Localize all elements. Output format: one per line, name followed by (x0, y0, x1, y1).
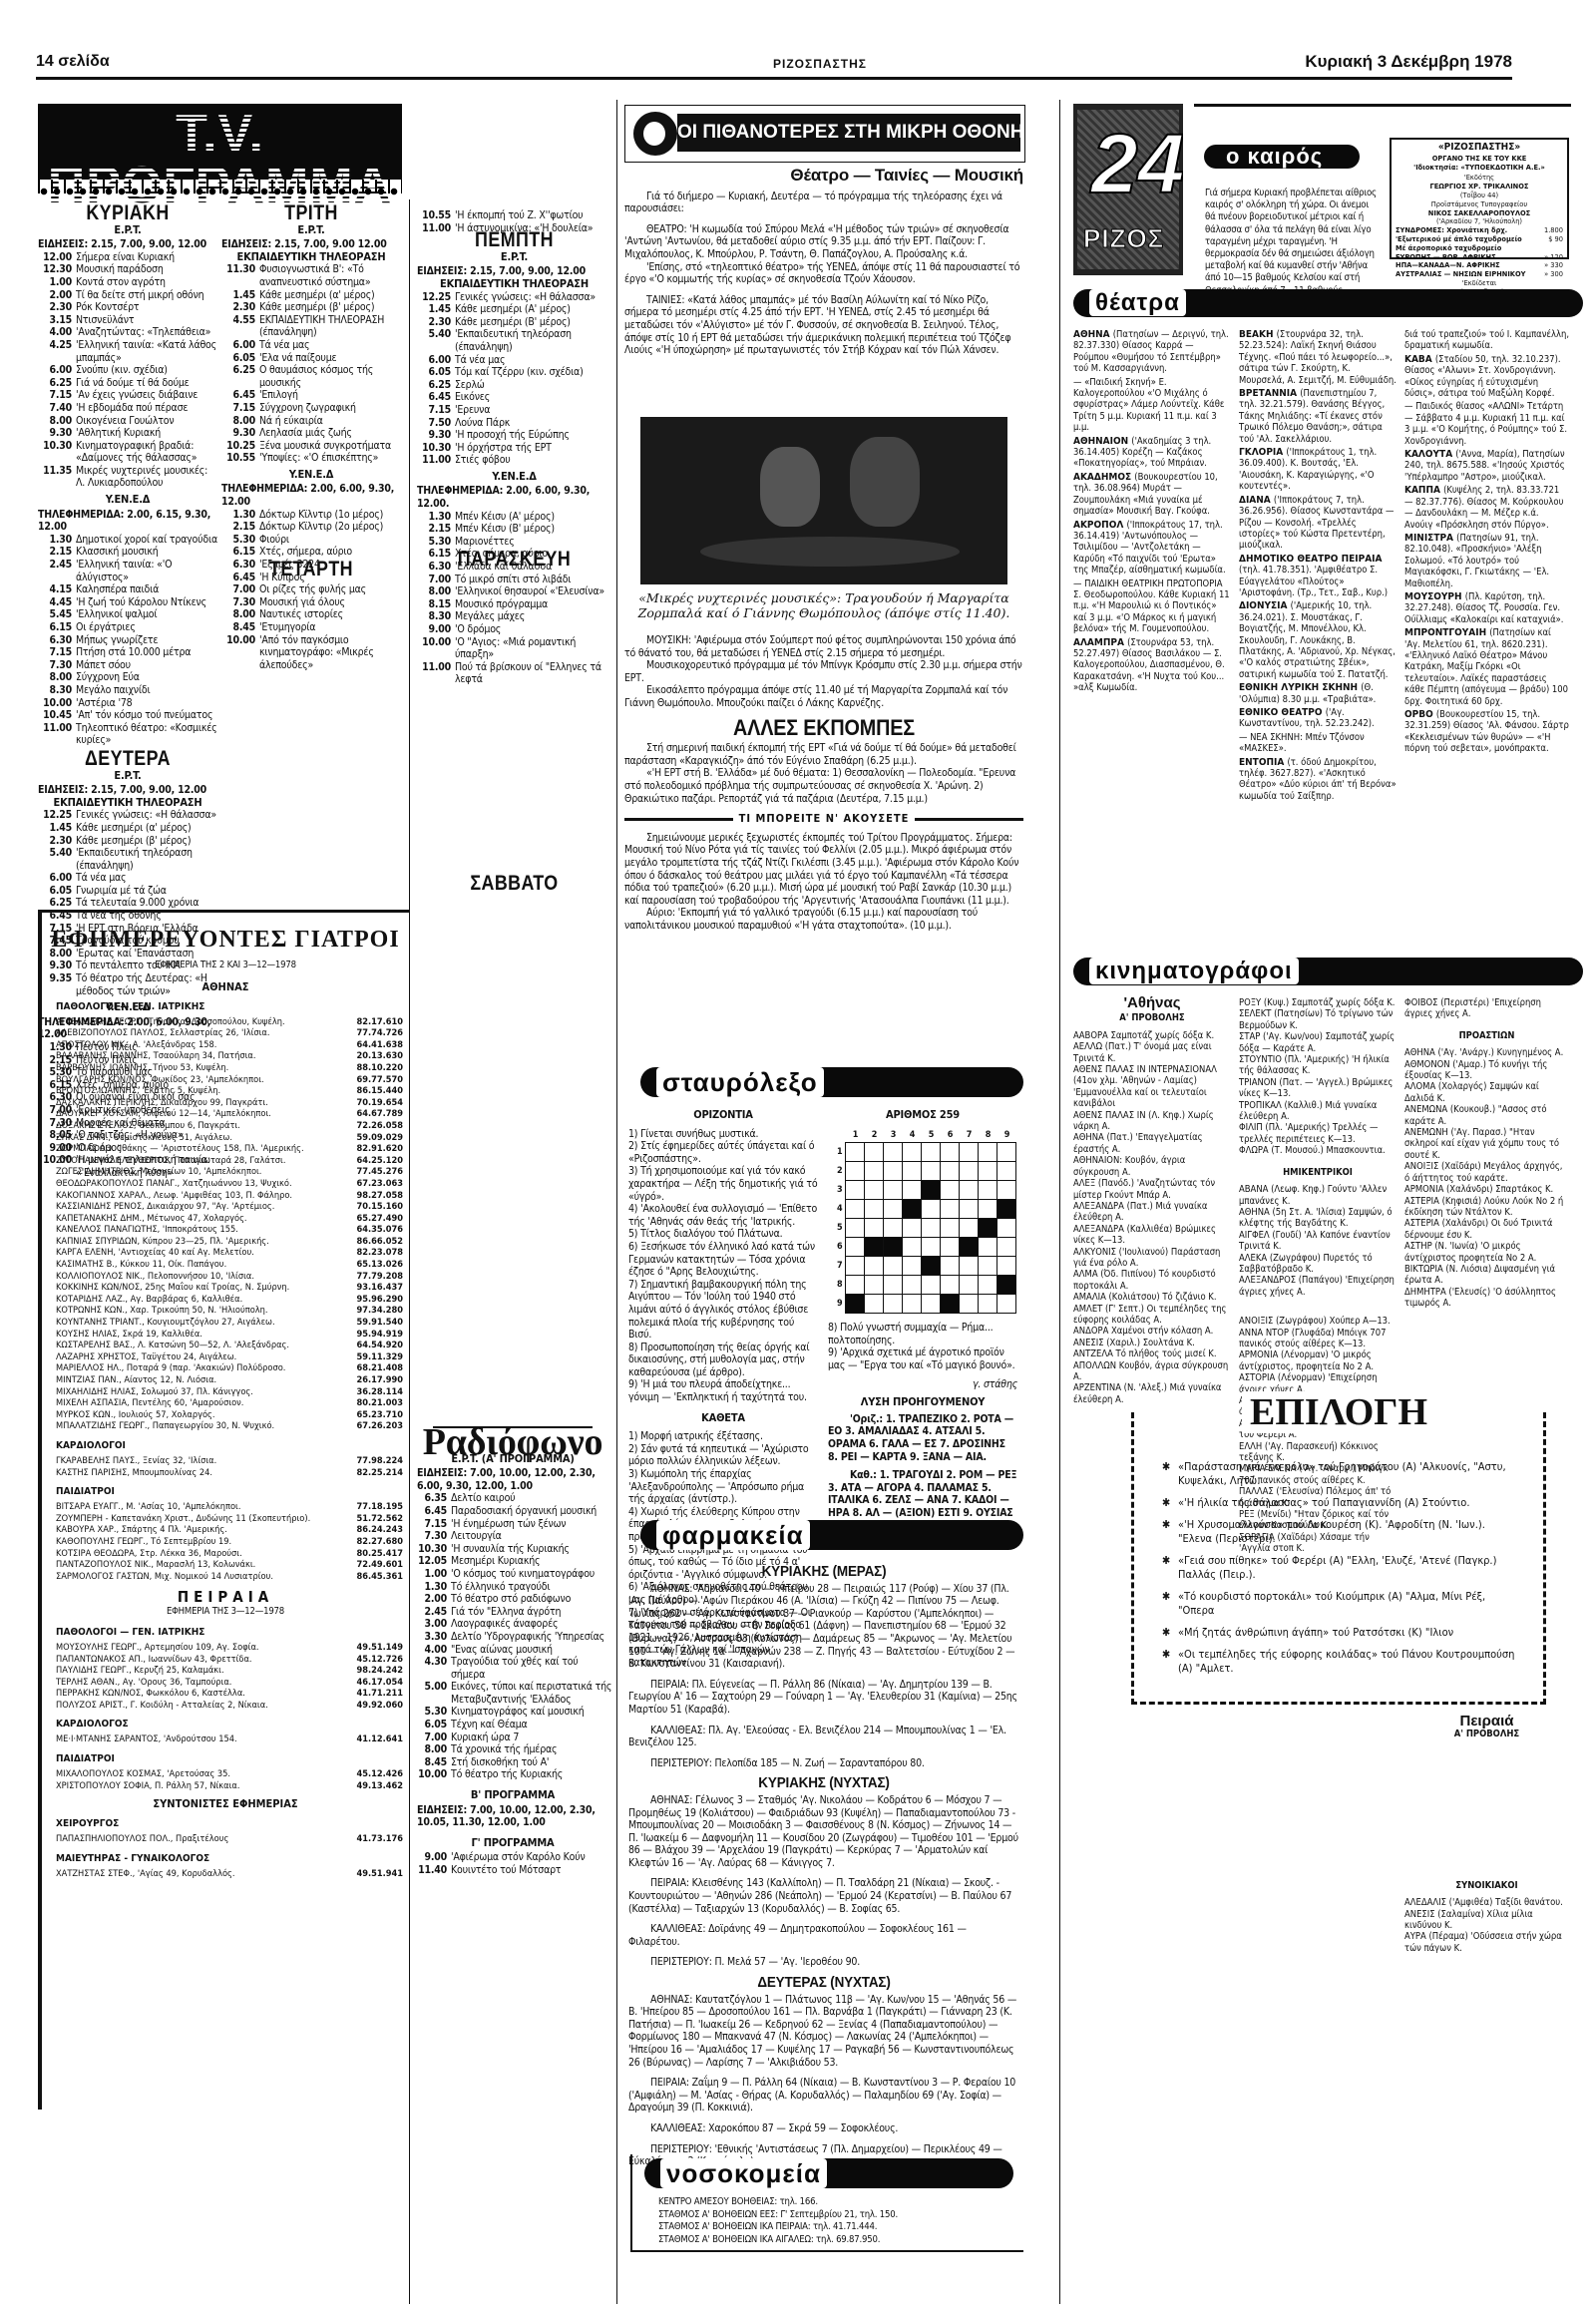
theatre-entry: ΜΟΥΣΟΥΡΗ (Πλ. Καρύτση, τηλ. 32.27.248). … (1404, 591, 1569, 625)
grid-cell[interactable] (922, 1276, 941, 1295)
grid-cell[interactable] (846, 1276, 865, 1295)
program-row: 11.00Πού τά βρίσκουν οί "Ελληνες τά λεφτ… (417, 661, 611, 686)
program-time: 1.45 (38, 822, 76, 835)
program-time: 2.45 (38, 559, 76, 583)
program-row: 5.45'Ελληνικοί ψαλμοί (38, 608, 217, 621)
program-row: 6.25Τά τελευταία 9.000 χρόνια (38, 897, 217, 910)
doctor-name-address: ΠΕΡΡΑΚΗΣ ΚΩΝ/ΝΟΣ, Φωκκόλου 6, Καστέλλα. (56, 1688, 341, 1700)
grid-cell[interactable] (997, 1257, 1016, 1276)
subscription-price: $ 90 (1548, 235, 1563, 244)
doctor-phone: 82.91.620 (341, 1143, 403, 1155)
program-name: Μικρές νυχτερινές μουσικές: Λ. Λυκιαρδοπ… (76, 465, 217, 490)
grid-black-cell (941, 1295, 960, 1314)
doctor-phone: 77.98.224 (341, 1455, 403, 1467)
program-name: Νά ή εύκαιρία (259, 415, 401, 428)
grid-cell[interactable] (922, 1200, 941, 1219)
grid-cell[interactable] (903, 1257, 922, 1276)
program-time: 3.30 (413, 1631, 451, 1644)
program-name: Τί θα δείτε στή μικρή οθόνη (76, 289, 217, 302)
grid-cell[interactable] (997, 1181, 1016, 1200)
listen-p2: Αύριο: 'Εκπομπή γιά τό γαλλικό τραγούδι … (624, 907, 1023, 932)
doctor-name-address: ΠΑΠΑΣΠΗΛΙΟΠΟΥΛΟΣ ΠΟΛ., Πραξιτέλους (56, 1833, 341, 1845)
program-time: 5.30 (413, 1706, 451, 1719)
grid-cell[interactable] (922, 1219, 941, 1238)
grid-cell[interactable] (865, 1143, 884, 1162)
cinemas-column-1: 'Αθήνας Α' ΠΡΟΒΟΛΗΣ ΑΑΒΟΡΑ Σαμποτάζ χωρί… (1073, 997, 1231, 1405)
doctor-name-address: ΠΟΛΥΖΟΣ ΑΡΙΣΤ., Γ. Κοιδύλη - Ατταλείας 2… (56, 1700, 341, 1712)
program-time: 7.50 (417, 417, 455, 430)
grid-cell[interactable] (941, 1276, 960, 1295)
program-row: 6.45Εικόνες (417, 391, 611, 404)
theatre-entry: — Παιδικός θίασος «ΑΛΩΝΙ» Τετάρτη — Σάββ… (1404, 401, 1569, 447)
grid-cell[interactable] (997, 1238, 1016, 1257)
theatre-entry: ΚΑΛΟΥΤΑ ('Αννα, Μαρία), Πατησίων 240, τη… (1404, 449, 1569, 483)
grid-cell[interactable] (903, 1219, 922, 1238)
grid-cell[interactable] (903, 1276, 922, 1295)
grid-cell[interactable] (865, 1276, 884, 1295)
program-name: Μήπως γνωρίζετε (76, 634, 217, 647)
cinemas-title: κινηματογράφοι (1089, 958, 1299, 984)
grid-cell[interactable] (941, 1181, 960, 1200)
selection-box: ΕΠΙΛΟΓΗ ✱«Παράσταση γιά ένα ρόλο» τού Γρ… (1131, 1412, 1546, 1705)
grid-cell[interactable] (846, 1181, 865, 1200)
program-time: 8.30 (38, 684, 76, 697)
program-name: 'Αστέρια '78 (76, 697, 217, 710)
program-row: 9.00'Ο δρόμος (417, 623, 611, 636)
feature-logo-text: ΟΙ ΠΙΘΑΝΟΤΕΡΕΣ ΣΤΗ ΜΙΚΡΗ ΟΘΟΝΗ (677, 114, 1020, 152)
theatre-entry: — «Παιδική Σκηνή» Ε. Καλογεροπούλου «'Ο … (1073, 377, 1231, 434)
grid-row-number: 8 (836, 1276, 846, 1295)
program-time: 8.15 (417, 598, 455, 611)
program-name: Ρόκ Κοντσέρτ (76, 301, 217, 314)
doctor-name-address: ΔΑΣΚΑΛΑΚΗΣ ΠΕΡΙΚΛΗΣ, Δικαιάρχου 99, Παγκ… (56, 1097, 341, 1109)
program-name: Τέχνη καί Θέαμα (451, 1719, 612, 1732)
doctor-row: ΚΟΚΚΙΝΗΣ ΚΩΝ/ΝΟΣ, 25ης Μαΐου καί Τροίας,… (56, 1282, 403, 1294)
doctor-row: ΚΟΛΛΙΟΠΟΥΛΟΣ ΝΙΚ., Πελοποννήσου 10, 'Ιλί… (56, 1271, 403, 1283)
program-name: Τραγούδια τού χθές καί τού σήμερα (451, 1656, 612, 1681)
program-row: 8.30Μεγάλες μάχες (417, 610, 611, 623)
doctor-name-address: ΜΙΧΑΛΟΠΟΥΛΟΣ ΚΟΣΜΑΣ, 'Αρετούσας 35. (56, 1768, 341, 1780)
grid-cell[interactable] (865, 1162, 884, 1181)
program-name: 'Ελληνικοί θησαυροί «'Ελευσίνα» (455, 585, 611, 598)
program-row: 6.15Οι έργάτριες (38, 621, 217, 634)
cinema-entry: ΑΛΚΥΟΝΙΣ ('Ιουλιανού) Παράσταση γιά ένα … (1073, 1247, 1231, 1270)
cinema-entry: ΑΝΤΖΕΛΑ Τό πλήθος τούς μισεί Κ. (1073, 1348, 1231, 1359)
program-time: 6.15 (38, 621, 76, 634)
hospitals-list: ΚΕΝΤΡΟ ΑΜΕΣΟΥ ΒΟΗΘΕΙΑΣ: τηλ. 166.ΣΤΑΘΜΟΣ… (632, 2188, 1023, 2246)
theatre-entry: — ΝΕΑ ΣΚΗΝΗ: Μπέν Τζόνσον «ΜΑΣΚΕΣ». (1239, 732, 1396, 755)
grid-cell[interactable] (922, 1295, 941, 1314)
doctor-name-address: ΚΑΠΕΤΑΝΑΚΗΣ ΔΗΜ., Μέτωνος 47, Χολαργός. (56, 1213, 341, 1225)
doctor-name-address: ΚΑΚΟΓΙΑΝΝΟΣ ΧΑΡΑΛ., Λεωφ. 'Αμφιθέας 103,… (56, 1190, 341, 1202)
grid-cell[interactable] (941, 1257, 960, 1276)
doctor-phone: 64.35.076 (341, 1224, 403, 1236)
program-time: 8.00 (38, 671, 76, 684)
program-name: 'Αθλητική Κυριακή (76, 427, 217, 440)
photo-caption: «Μικρές νυχτερινές μουσικές»: Τραγουδούν… (628, 590, 1019, 620)
grid-cell[interactable] (960, 1181, 979, 1200)
doctor-phone: 26.17.990 (341, 1374, 403, 1386)
program-name: Εικόνες (455, 391, 611, 404)
news-times: ΤΗΛΕΦΗΜΕΡΙΔΑ: 2.00, 6.00, 9.30, 12.00 (221, 483, 401, 508)
grid-cell[interactable] (846, 1143, 865, 1162)
grid-cell[interactable] (884, 1181, 903, 1200)
radio-news-times: ΕΙΔΗΣΕΙΣ: 7.00, 10.00, 12.00, 2.30, 6.00… (413, 1467, 612, 1492)
program-name: Τό θέατρο στό ραδιόφωνο (451, 1593, 612, 1606)
program-time: 9.00 (417, 623, 455, 636)
grid-cell[interactable] (884, 1143, 903, 1162)
program-time: 6.05 (221, 352, 259, 365)
doctor-phone: 86.45.361 (341, 1571, 403, 1583)
program-name: Ξένα μουσικά συγκροτήματα (259, 440, 401, 453)
hospital-line: ΣΤΑΘΜΟΣ Α' ΒΟΗΘΕΙΩΝ ΙΚΑ ΑΙΓΑΛΕΩ: τηλ. 69… (658, 2234, 1023, 2247)
program-row: 8.45Στή δισκοθήκη τού Α' (413, 1756, 612, 1769)
program-row: 8.00Ναυτικές ιστορίες (221, 608, 401, 621)
grid-cell[interactable] (884, 1200, 903, 1219)
grid-col-number: 2 (865, 1128, 884, 1143)
pharmacy-entry: ΑΘΗΝΑΣ: Καυτατζόγλου 1 — Πλάτωνος 11β — … (628, 1994, 1019, 2070)
news-times: ΤΗΛΕΦΗΜΕΡΙΔΑ: 2.00, 6.00, 9.30, 12.00. (417, 485, 611, 510)
page-number: 14 σελίδα (36, 53, 110, 71)
grid-cell[interactable] (903, 1162, 922, 1181)
theatre-name: ΒΡΕΤΑΝΝΙΑ (1239, 388, 1300, 399)
across-clue: 9) 'Η μιά του πλευρά άποδείχτηκε... γόνι… (628, 1378, 818, 1403)
doctor-row: ΜΙΝΤΖΙΑΣ ΠΑΝ., Αίαντος 12, Ν. Λιόσια.26.… (56, 1374, 403, 1386)
grid-cell[interactable] (846, 1257, 865, 1276)
program-time: 1.45 (221, 289, 259, 302)
grid-cell[interactable] (884, 1257, 903, 1276)
doctor-name-address: ΑΠΟΣΤΟΛΟΥ ΝΙΚ., Λ. 'Αλεξάνδρας 158. (56, 1039, 341, 1051)
neighborhood-label: ΣΥΝΟΙΚΙΑΚΟΙ (1404, 1880, 1569, 1891)
program-time: 2.30 (38, 835, 76, 848)
second-run-list: ΑΒΑΝΑ (Λεωφ. Κηφ.) Γούντυ 'Αλλεν μπανάνε… (1239, 1184, 1396, 1298)
doctor-phone: 41.12.641 (341, 1733, 403, 1745)
hospital-line: ΚΕΝΤΡΟ ΑΜΕΣΟΥ ΒΟΗΘΕΙΑΣ: τηλ. 166. (658, 2196, 1023, 2209)
program-row: 1.30Δημοτικοί χοροί καί τραγούδια (38, 534, 217, 547)
doctor-name-address: ΧΡΙΣΤΟΠΟΥΛΟΥ ΣΟΦΙΑ, Π. Ράλλη 57, Νίκαια. (56, 1780, 341, 1792)
program-row: 7.30Μουσική γιά όλους (221, 596, 401, 609)
piraeus-first-run-label: Α' ΠΡΟΒΟΛΗΣ (1404, 1729, 1569, 1739)
doctor-row: ΠΕΡΡΑΚΗΣ ΚΩΝ/ΝΟΣ, Φωκκόλου 6, Καστέλλα.4… (56, 1688, 403, 1700)
grid-cell[interactable] (884, 1162, 903, 1181)
program-name: Κουιντέτο τού Μότσαρτ (451, 1864, 612, 1877)
grid-cell[interactable] (903, 1295, 922, 1314)
grid-cell[interactable] (846, 1238, 865, 1257)
theatre-details: διά τού τραπεζιού» τού Ι. Καμπανέλλη, δρ… (1404, 329, 1569, 351)
grid-cell[interactable] (846, 1219, 865, 1238)
doctor-name-address: ΖΩΓΕΣ ΔΗΜΗΤΡΙΟΣ, Μεσογείων 10, 'Αμπελόκη… (56, 1166, 341, 1178)
program-row: 6.25Ο θαυμάσιος κόσμος τής μουσικής (221, 364, 401, 389)
grid-cell[interactable] (884, 1276, 903, 1295)
grid-cell[interactable] (960, 1276, 979, 1295)
doctor-phone: 65.23.710 (341, 1409, 403, 1421)
selection-list: ✱«Παράσταση γιά ένα ρόλο» τού Γρηγοράτου… (1134, 1412, 1543, 1676)
music-feature: ΜΟΥΣΙΚΗ: 'Αφιέρωμα στόν Σούμπερτ πού φέτ… (624, 634, 1023, 932)
weather-top-rule (1194, 104, 1571, 107)
doctor-row: ΠΑΝΤΑΖΟΠΟΥΛΟΣ ΝΙΚ., Μαρασλή 13, Κολωνάκι… (56, 1559, 403, 1571)
grid-cell[interactable] (979, 1143, 997, 1162)
grid-cell[interactable] (979, 1200, 997, 1219)
program-name: 'Αφιέρωμα στόν Καρόλο Κούν (451, 1851, 612, 1864)
across-clue: 6) Ξεσήκωσε τόν έλληνικό λαό κατά τών Γε… (628, 1241, 818, 1279)
weather-text: Γιά σήμερα Κυριακή προβλέπεται αίθριος κ… (1205, 188, 1377, 297)
cinema-entry: ΑΕΛΛΩ (Πατ.) Τ' όνομά μας είναι Τρινιτά … (1073, 1041, 1231, 1064)
grid-cell[interactable] (903, 1238, 922, 1257)
grid-cell[interactable] (922, 1238, 941, 1257)
doctor-row: ΚΑΣΙΜΑΤΗΣ Β., Κύκκου 11, Οίκ. Παπάγου.65… (56, 1259, 403, 1271)
grid-cell[interactable] (884, 1295, 903, 1314)
channel-subheading: ΕΚΠΑΙΔΕΥΤΙΚΗ ΤΗΛΕΟΡΑΣΗ (38, 797, 217, 810)
grid-cell[interactable] (846, 1162, 865, 1181)
program-row: 10.55'Υποψίες: «'Ο έπισκέπτης» (221, 452, 401, 465)
doctor-row: ΚΟΥΝΤΑΝΗΣ ΤΡΙΑΝΤ., Κουγιουμτζόγλου 27, Α… (56, 1317, 403, 1329)
program-time: 6.05 (417, 366, 455, 379)
program-name: Παραδοσιακή όργανική μουσική (451, 1505, 612, 1518)
program-time: 2.15 (38, 546, 76, 559)
grid-cell[interactable] (997, 1162, 1016, 1181)
program-time: 2.00 (413, 1593, 451, 1606)
doctor-name-address: ΒΙΤΣΑΡΑ ΕΥΑΓΓ., Μ. 'Ασίας 10, 'Αμπελόκηπ… (56, 1501, 341, 1513)
program-name: Σύγχρονη Εύα (76, 671, 217, 684)
across-clue: 1) Γίνεται συνήθως μυστικά. (628, 1128, 818, 1141)
feature-subtitle: Θέατρο — Ταινίες — Μουσική (624, 170, 1023, 183)
doctor-name-address: ΚΟΚΚΙΝΗΣ ΚΩΝ/ΝΟΣ, 25ης Μαΐου καί Τροίας,… (56, 1282, 341, 1294)
selection-item: ✱«Τό κουρδιστό πορτοκάλι» τού Κιούμπρικ … (1154, 1590, 1519, 1618)
grid-cell[interactable] (960, 1143, 979, 1162)
doctor-phone: 67.23.063 (341, 1178, 403, 1190)
program-time: 8.00 (221, 608, 259, 621)
cinema-entry: ΑΣΤΗΡ (Ν. 'Ιωνία) 'Ο μικρός άντίχριστος … (1404, 1241, 1569, 1264)
program-name: Φιούρι (259, 534, 401, 547)
grid-black-cell (997, 1276, 1016, 1295)
program-row: 3.00Λαογραφικές άναφορές (413, 1618, 612, 1631)
program-time: 7.40 (38, 402, 76, 415)
program-name: Μεσημέρι Κυριακής (451, 1555, 612, 1568)
program-name: 'Η όρχήστρα τής ΕΡΤ (455, 442, 611, 455)
program-name: 'Αναζητώντας: «Τηλεπάθεια» (76, 326, 217, 339)
grid-cell[interactable] (979, 1162, 997, 1181)
doctor-name-address: ΚΩΣΤΑΡΕΛΗΣ ΒΑΣ., Λ. Κατσώνη 50—52, Λ. 'Α… (56, 1340, 341, 1351)
theatre-entry: ΑΚΡΟΠΟΛ ('Ιπποκράτους 17, τηλ. 36.14.419… (1073, 520, 1231, 577)
day-heading: ΔΕΥΤΕΡΑ (52, 753, 204, 766)
theatre-entry: ΟΡΒΟ (Βουκουρεστίου 15, τηλ. 32.31.259) … (1404, 709, 1569, 755)
program-time: 7.15 (38, 646, 76, 659)
doctor-row: ΚΑΝΕΛΛΟΣ ΠΑΝΑΓΙΩΤΗΣ, 'Ιπποκράτους 155.64… (56, 1224, 403, 1236)
grid-cell[interactable] (960, 1162, 979, 1181)
grid-cell[interactable] (865, 1181, 884, 1200)
grid-cell[interactable] (997, 1219, 1016, 1238)
doctor-name-address: ΜΙΝΤΖΙΑΣ ΠΑΝ., Αίαντος 12, Ν. Λιόσια. (56, 1374, 341, 1386)
program-time: 8.00 (38, 415, 76, 428)
masthead: 14 σελίδα ΡΙΖΟΣΠΑΣΤΗΣ Κυριακή 3 Δεκέμβρη… (36, 55, 1512, 80)
program-time: 10.30 (417, 442, 455, 455)
grid-cell[interactable] (941, 1162, 960, 1181)
day-heading: ΚΥΡΙΑΚΗ (52, 207, 204, 220)
program-name: Κάθε μεσημέρι (β' μέρος) (76, 835, 217, 848)
program-name: Λούνα Πάρκ (455, 417, 611, 430)
channel-name: Y.EN.E.Δ (38, 494, 217, 507)
grid-col-number: 4 (903, 1128, 922, 1143)
grid-cell[interactable] (865, 1200, 884, 1219)
listen-p1: Σημειώνουμε μερικές ξεχωριστές έκπομπές … (624, 832, 1023, 908)
doctor-phone: 70.19.654 (341, 1097, 403, 1109)
program-row: 12.30Μουσική παράδοση (38, 263, 217, 276)
program-row: 7.40'Η εβδομάδα πού πέρασε (38, 402, 217, 415)
program-row: 8.00Νά ή εύκαιρία (221, 415, 401, 428)
theatre-entry: ΚΑΠΠΑ (Κυψέλης 2, τηλ. 83.33.721 — 82.37… (1404, 485, 1569, 531)
grid-cell[interactable] (979, 1257, 997, 1276)
pharmacy-entry: ΑΘΗΝΑΣ: Γέλωνος 3 — Σταθμός 'Αγ. Νικολάο… (628, 1794, 1019, 1870)
grid-cell[interactable] (979, 1276, 997, 1295)
program-time: 10.30 (413, 1543, 451, 1556)
grid-cell[interactable] (979, 1295, 997, 1314)
crossword-author: γ. στάθης (828, 1378, 1017, 1391)
program-name: Τά νέα μας (455, 354, 611, 367)
day-heading: ΤΕΤΑΡΤΗ (235, 564, 388, 577)
grid-cell[interactable] (979, 1238, 997, 1257)
grid-cell[interactable] (997, 1143, 1016, 1162)
program-name: Γιά νά δούμε τί θά δούμε (76, 377, 217, 390)
theatre-name: ΑΚΡΟΠΟΛ (1073, 520, 1126, 531)
neighborhood-list: ΑΛΕΔΑΛΙΣ ('Αμφιθέα) Ταξίδι θανάτου.ΑΝΕΣΙ… (1404, 1897, 1569, 1954)
doctor-phone: 20.13.630 (341, 1050, 403, 1062)
program-row: 4.45'Η ζωή τού Κάρολου Ντίκενς (38, 596, 217, 609)
grid-cell[interactable] (941, 1219, 960, 1238)
star-icon: ✱ (1154, 1518, 1178, 1546)
doctor-phone: 77.45.276 (341, 1166, 403, 1178)
program-name: 'Ελληνική ταινία: «'Ο άλύγιστος» (76, 559, 217, 583)
singers-photo (640, 417, 1007, 584)
crossword-grid[interactable]: 123456789123456789 (836, 1128, 1016, 1315)
program-name: Τά χρονικά τής ήμέρας (451, 1743, 612, 1756)
program-time: 11.40 (413, 1864, 451, 1877)
doctor-name-address: ΚΟΛΛΙΟΠΟΥΛΟΣ ΝΙΚ., Πελοποννήσου 10, 'Ιλί… (56, 1271, 341, 1283)
grid-cell[interactable] (960, 1200, 979, 1219)
doctor-phone: 82.23.078 (341, 1247, 403, 1259)
column-rule (409, 199, 410, 2304)
grid-row-number: 5 (836, 1219, 846, 1238)
grid-col-number: 9 (997, 1128, 1016, 1143)
program-row: 6.25Σερλώ (417, 379, 611, 392)
doctor-row: ΜΙΧΑΛΟΠΟΥΛΟΣ ΚΟΣΜΑΣ, 'Αρετούσας 35.45.12… (56, 1768, 403, 1780)
program-time: 6.25 (38, 377, 76, 390)
doctor-phone: 49.92.060 (341, 1700, 403, 1712)
grid-cell[interactable] (960, 1257, 979, 1276)
section-ped: ΠΑΙΔΙΑΤΡΟΙ (56, 1486, 409, 1497)
doctor-phone: 68.21.408 (341, 1362, 403, 1374)
star-icon: ✱ (1154, 1648, 1178, 1676)
program-time: 10.00 (413, 1768, 451, 1781)
program-name: "Ενας αίώνας μουσική (451, 1644, 612, 1657)
section-cardio: ΚΑΡΔΙΟΛΟΓΟΣ (56, 1719, 409, 1730)
program-row: 5.30Κινηματογράφος καί μουσική (413, 1706, 612, 1719)
grid-cell[interactable] (865, 1295, 884, 1314)
pharmacy-entry: ΠΕΡΙΣΤΕΡΙΟΥ: Πελοπίδα 185 — Ν. Ζωή — Σαρ… (628, 1757, 1019, 1770)
weather-title: ο καιρός (1220, 144, 1329, 169)
feature-music3: Εικοσάλεπτο πρόγραμμα άπόψε στίς 11.40 μ… (624, 684, 1023, 709)
grid-cell[interactable] (922, 1162, 941, 1181)
athens-label: ΑΘΗΝΑΣ (42, 980, 409, 993)
grid-cell[interactable] (979, 1181, 997, 1200)
on-call-label: ΣΥΝΤΟΝΙΣΤΕΣ ΕΦΗΜΕΡΙΑΣ (42, 1797, 409, 1810)
program-row: 8.00Οικογένεια Γουώλτον (38, 415, 217, 428)
tv-wednesday: ΤΕΤΑΡΤΗ (221, 564, 401, 577)
piraeus-cardio-list: ΜΕ·Ι·ΜΤΑΝΗΣ ΣΑΡΑΝΤΟΣ, 'Ανδρούτσου 154.41… (42, 1733, 409, 1745)
program-row: 4.25'Ελληνική ταινία: «Κατά λάθος μπαμπά… (38, 339, 217, 364)
theatre-name: ΒΕΑΚΗ (1239, 329, 1277, 340)
grid-cell[interactable] (941, 1143, 960, 1162)
grid-cell[interactable] (903, 1181, 922, 1200)
selection-item: ✱«Παράσταση γιά ένα ρόλο» τού Γρηγοράτου… (1154, 1460, 1519, 1488)
cinema-entry: ΑΘΜΟΝΟΝ ('Αμαρ.) Τό κυνήγι τής έξουσίας … (1404, 1059, 1569, 1082)
program-time: 6.45 (417, 391, 455, 404)
theatre-entry: διά τού τραπεζιού» τού Ι. Καμπανέλλη, δρ… (1404, 329, 1569, 352)
grid-cell[interactable] (865, 1219, 884, 1238)
doctor-phone: 95.96.290 (341, 1294, 403, 1306)
theatre-entry: ΕΝΤΟΠΙΑ (τ. όδού Δημοκρίτου, τηλέφ. 3627… (1239, 757, 1396, 803)
program-time: 5.40 (417, 328, 455, 353)
section-cardio: ΚΑΡΔΙΟΛΟΓΟΙ (56, 1440, 409, 1451)
cinema-entry: ΤΡΟΠΙΚΑΛ (Καλλιθ.) Μιά γυναίκα έλεύθερη … (1239, 1100, 1396, 1123)
doctor-phone: 64.41.638 (341, 1039, 403, 1051)
grid-cell[interactable] (922, 1143, 941, 1162)
doctor-row: ΧΑΤΖΗΣΤΑΣ ΣΤΕΦ., 'Αγίας 49, Κορυδαλλός.4… (56, 1868, 403, 1880)
program-row: 6.05'Ελα νά παίξουμε (221, 352, 401, 365)
program-time: 1.30 (417, 511, 455, 524)
program-name: Πτήση στά 10.000 μέτρα (76, 646, 217, 659)
cinema-entry: ΑΝΕΜΩΝΗ ('Αγ. Παρασ.) "Ηταν σκληροί καί … (1404, 1127, 1569, 1161)
pharmacy-entry: ΚΑΛΛΙΘΕΑΣ: Δοϊράνης 49 — Δημητρακοπούλου… (628, 1923, 1019, 1948)
theatre-name: ΚΑΠΠΑ (1404, 485, 1443, 496)
grid-cell[interactable] (941, 1238, 960, 1257)
program-row: 5.00Εικόνες, τύποι καί περιστατικά τής Μ… (413, 1681, 612, 1706)
grid-col-number: 6 (941, 1128, 960, 1143)
program-name: Τό μικρό σπίτι στό λιβάδι (455, 574, 611, 586)
radio-third-program: Γ' ΠΡΟΓΡΑΜΜΑ (413, 1837, 612, 1850)
program-name: Δόκτωρ Κϊλντιρ (2ο μέρος) (259, 521, 401, 534)
down-clue: 1) Μορφή ιατρικής έξέτασης. (628, 1430, 818, 1443)
cinema-entry: ΣΕΛΕΚΤ (Πατησίων) Τό τρίγωνο τών Βερμούδ… (1239, 1008, 1396, 1031)
grid-cell[interactable] (960, 1295, 979, 1314)
doctor-row: ΚΟΥΣΗΣ ΗΛΙΑΣ, Σκρά 19, Καλλιθέα.95.94.91… (56, 1329, 403, 1341)
doctor-row: ΠΑΠΑΝΤΩΝΑΚΟΣ ΑΠ., Ιωαννίδων 43, Φρεττίδα… (56, 1654, 403, 1666)
grid-cell[interactable] (846, 1200, 865, 1219)
doctor-row: ΒΑΛΑΒΑΝΗΣ ΙΩΑΝΝΗΣ, Τσαούλαρη 34, Πατήσια… (56, 1050, 403, 1062)
doctor-phone: 72.26.058 (341, 1120, 403, 1132)
program-time: 10.55 (417, 209, 455, 222)
grid-cell[interactable] (865, 1257, 884, 1276)
program-time: 2.45 (413, 1606, 451, 1619)
program-row: 2.00Τί θα δείτε στή μικρή οθόνη (38, 289, 217, 302)
doctor-name-address: ΖΗΚΑΣ ΔΗΜ., Θεμιστοκλέους 51, Αιγάλεω. (56, 1132, 341, 1144)
doctor-name-address: ΜΠΑΛΑΤΖΙΔΗΣ ΓΕΩΡΓ., Παπαγεωργίου 30, Ν. … (56, 1420, 341, 1432)
theatre-entry: ΑΚΑΔΗΜΟΣ (Βουκουρεστίου 10, τηλ. 36.08.9… (1073, 472, 1231, 518)
grid-cell[interactable] (884, 1219, 903, 1238)
theatre-entry: ΜΠΡΟΝΤΓΟΥΑΙΗ (Πατησίων καί 'Αγ. Μελετίου… (1404, 627, 1569, 707)
program-row: 11.40Κουιντέτο τού Μότσαρτ (413, 1864, 612, 1877)
grid-cell[interactable] (941, 1200, 960, 1219)
program-name: 'Ο "Αγιος: «Μιά ρομαντική ύπαρξη» (455, 636, 611, 661)
program-name: 'Η προσοχή τής Εύρώπης (455, 429, 611, 442)
program-name: Λαογραφικές άναφορές (451, 1618, 612, 1631)
program-row: 1.30Μπέν Κέισυ (Α' μέρος) (417, 511, 611, 524)
grid-cell[interactable] (903, 1143, 922, 1162)
program-time: 7.15 (221, 402, 259, 415)
program-row: 6.00Τά νέα μας (417, 354, 611, 367)
grid-cell[interactable] (997, 1295, 1016, 1314)
gyn-list: ΧΑΤΖΗΣΤΑΣ ΣΤΕΦ., 'Αγίας 49, Κορυδαλλός.4… (42, 1868, 409, 1880)
grid-cell[interactable] (960, 1219, 979, 1238)
